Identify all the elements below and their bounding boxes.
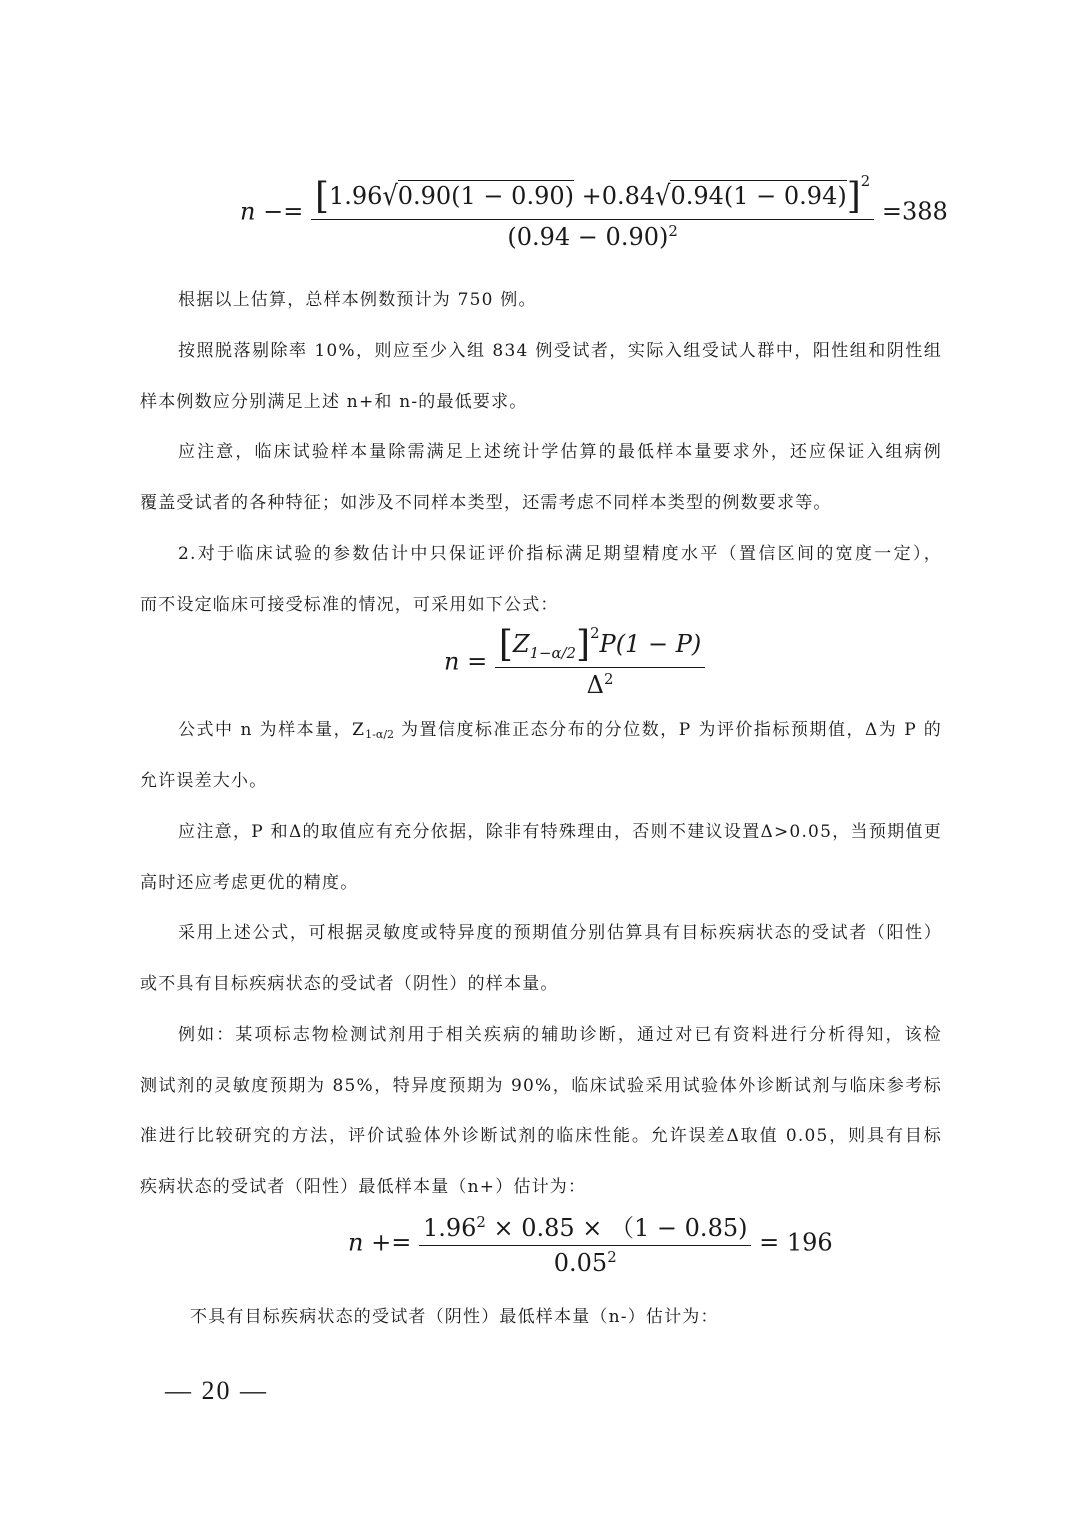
formula-general: n = [Z1−α/2]2P(1 − P) Δ2 [444,624,705,699]
paragraph-line: 而不设定临床可接受标准的情况，可采用如下公式： [140,593,942,617]
paragraph-line: 不具有目标疾病状态的受试者（阴性）最低样本量（n-）估计为： [190,1305,942,1329]
formula-fraction: 1.962 × 0.85 × （1 − 0.85) 0.052 [419,1208,752,1277]
paragraph-line: 应注意，P 和Δ的取值应有充分依据，除非有特殊理由，否则不建议设置Δ>0.05，… [178,820,942,844]
paragraph-line: 准进行比较研究的方法，评价试验体外诊断试剂的临床性能。允许误差Δ取值 0.05，… [140,1124,942,1148]
formula-lhs: n += [348,1229,411,1257]
paragraph-line: 例如：某项标志物检测试剂用于相关疾病的辅助诊断，通过对已有资料进行分析得知，该检 [178,1023,942,1047]
page-number: — 20 — [165,1376,268,1406]
sqrt-symbol: √0.90(1 − 0.90) [382,180,574,210]
formula-denominator: (0.94 − 0.90)2 [311,220,874,251]
formula-lhs: n −= [240,198,303,226]
formula-lhs: n = [444,648,487,676]
paragraph-line: 或不具有目标疾病状态的受试者（阴性）的样本量。 [140,972,942,996]
formula-numerator: 1.962 × 0.85 × （1 − 0.85) [419,1208,752,1246]
formula-n-plus: n += 1.962 × 0.85 × （1 − 0.85) 0.052 = 1… [348,1208,833,1277]
formula-denominator: Δ2 [495,668,705,699]
paragraph-line: 采用上述公式，可根据灵敏度或特异度的预期值分别估算具有目标疾病状态的受试者（阳性… [178,921,942,945]
formula-result: =388 [882,198,948,226]
paragraph-line: 按照脱落剔除率 10%，则应至少入组 834 例受试者，实际入组受试人群中，阳性… [178,339,942,363]
document-page: n −= [1.96√0.90(1 − 0.90) +0.84√0.94(1 −… [0,0,1080,1528]
formula-numerator: [Z1−α/2]2P(1 − P) [495,624,705,668]
paragraph-line: 测试剂的灵敏度预期为 85%，特异度预期为 90%，临床试验采用试验体外诊断试剂… [140,1074,942,1098]
formula-n-minus: n −= [1.96√0.90(1 − 0.90) +0.84√0.94(1 −… [240,172,948,251]
sqrt-symbol: √0.94(1 − 0.94) [655,180,847,210]
formula-denominator: 0.052 [419,1246,752,1277]
paragraph-line: 公式中 n 为样本量，Z1-α/2 为置信度标准正态分布的分位数，P 为评价指标… [178,718,942,747]
paragraph-line: 应注意，临床试验样本量除需满足上述统计学估算的最低样本量要求外，还应保证入组病例 [178,440,942,464]
paragraph-line: 2.对于临床试验的参数估计中只保证评价指标满足期望精度水平（置信区间的宽度一定）… [178,542,942,566]
paragraph-line: 覆盖受试者的各种特征；如涉及不同样本类型，还需考虑不同样本类型的例数要求等。 [140,491,942,515]
formula-numerator: [1.96√0.90(1 − 0.90) +0.84√0.94(1 − 0.94… [311,172,874,220]
paragraph-line: 高时还应考虑更优的精度。 [140,871,942,895]
paragraph-line: 根据以上估算，总样本例数预计为 750 例。 [178,288,942,312]
paragraph-line: 疾病状态的受试者（阳性）最低样本量（n+）估计为： [140,1175,942,1199]
formula-fraction: [Z1−α/2]2P(1 − P) Δ2 [495,624,705,699]
paragraph-line: 允许误差大小。 [140,769,942,793]
formula-fraction: [1.96√0.90(1 − 0.90) +0.84√0.94(1 − 0.94… [311,172,874,251]
formula-result: = 196 [759,1229,833,1257]
paragraph-line: 样本例数应分别满足上述 n+和 n-的最低要求。 [140,390,942,414]
